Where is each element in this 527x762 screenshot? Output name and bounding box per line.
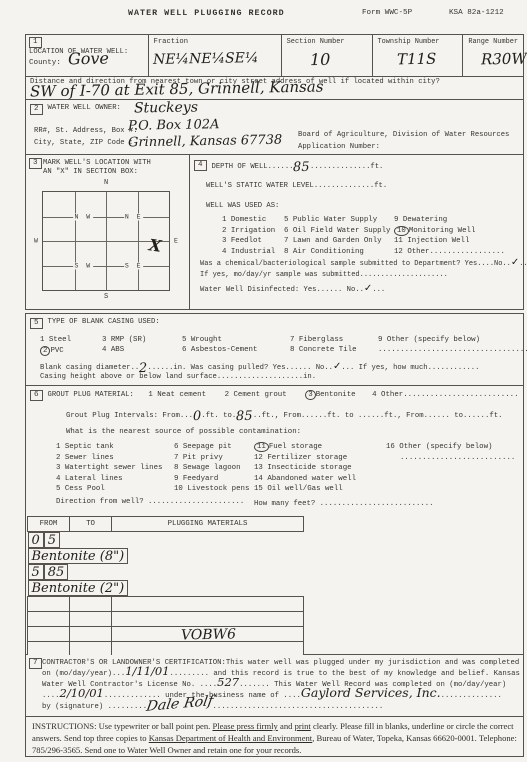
table-row: [28, 597, 304, 612]
sample-question: Was a chemical/bacteriological sample su…: [200, 260, 511, 268]
township-cell: Township Number T11S: [373, 35, 464, 76]
section-number-cell: Section Number 10: [282, 35, 373, 76]
vobw-note: VOBW6: [181, 627, 236, 644]
distance-row: Distance and direction from nearest town…: [25, 77, 524, 100]
grout-option: 2 Cement grout: [225, 391, 287, 399]
fraction-label: Fraction: [154, 38, 189, 46]
grout-option-bentonite-circled: 3Bentonite: [305, 391, 355, 399]
compass-south-label: S: [104, 293, 108, 301]
col-header-from: FROM: [28, 517, 70, 532]
direction-from-well-label: Direction from well? ...................…: [56, 498, 244, 506]
fraction-cell: Fraction NE¼NE¼SE¼: [149, 35, 282, 76]
casing-option: 7 Fiberglass: [290, 336, 378, 344]
contamination-item-fuel-storage-circled: 11Fuel storage: [254, 442, 356, 453]
section4-depth-uses: 4DEPTH OF WELL......85..............ft. …: [190, 155, 524, 310]
section4-number: 4: [194, 160, 207, 171]
compass-west-label: W: [33, 238, 39, 245]
casing-diameter-label: Blank casing diameter..: [40, 364, 139, 372]
compass-ne-label: N E: [124, 213, 144, 220]
certification-paragraph: CONTRACTOR'S OR LANDOWNER'S CERTIFICATIO…: [42, 658, 520, 713]
plugging-table-header-row: FROM TO PLUGGING MATERIALS: [28, 517, 304, 532]
well-location-x-mark: X: [148, 235, 163, 256]
county-label: County:: [29, 59, 61, 67]
contamination-item: 12 Fertilizer storage: [254, 453, 356, 464]
range-value: R30W: [481, 50, 527, 69]
casing-option: 4 ABS: [102, 346, 182, 356]
contamination-item: 3 Watertight sewer lines: [56, 463, 162, 474]
depth-suffix: ..............ft.: [310, 163, 383, 171]
uses-column-3: 9 Dewatering 10Monitoring Well 11 Inject…: [394, 215, 505, 257]
compass-east-label: E: [173, 238, 179, 245]
address-value: P.O. Box 102A: [128, 117, 220, 134]
contamination-item: 8 Sewage lagoon: [174, 463, 249, 474]
use-item: 8 Air Conditioning: [284, 247, 390, 258]
depth-value: 85: [293, 160, 310, 175]
county-value: Gove: [68, 49, 109, 69]
casing-options: 1 Steel 3 RMP (SR) 5 Wrought 7 Fiberglas…: [40, 336, 527, 356]
section2-number: 2: [30, 104, 43, 115]
contamination-item: 10 Livestock pens: [174, 484, 249, 495]
disinfected-question: Water Well Disinfected: Yes...... No..: [200, 286, 364, 294]
section3-title-line2: AN "X" IN SECTION BOX:: [43, 168, 138, 176]
section3-number: 3: [29, 158, 42, 169]
form-title: WATER WELL PLUGGING RECORD: [128, 8, 285, 18]
contamination-item: 2 Sewer lines: [56, 453, 162, 464]
form-number: Form WWC-5P: [362, 9, 412, 17]
section-number-label: Section Number: [287, 38, 345, 46]
section3-title-line1: MARK WELL'S LOCATION WITH: [43, 159, 151, 167]
owner-label: WATER WELL OWNER:: [48, 104, 121, 112]
casing-option-pvc-circled: 2PVC: [40, 346, 102, 356]
address-label: RR#, St. Address, Box #:: [34, 127, 138, 135]
use-item: 2 Irrigation: [222, 226, 275, 237]
uses-column-1: 1 Domestic 2 Irrigation 3 Feedlot 4 Indu…: [222, 215, 275, 257]
compass-sw-label: S W: [73, 262, 93, 269]
table-row: [28, 612, 304, 627]
table-row: 5 85 Bentonite (2"): [28, 564, 304, 597]
casing-option: 6 Asbestos-Cement: [182, 346, 290, 356]
contamination-item: 16 Other (specify below): [386, 442, 515, 453]
section7-certification: 7 CONTRACTOR'S OR LANDOWNER'S CERTIFICAT…: [25, 655, 524, 717]
interval-to-value: 85: [236, 409, 253, 424]
interval-from-value: 0: [193, 409, 202, 424]
casing-option: 1 Steel: [40, 336, 102, 344]
casing-other-dots: ........................................…: [378, 346, 527, 356]
contamination-item: 15 Oil well/Gas well: [254, 484, 356, 495]
col-header-materials: PLUGGING MATERIALS: [112, 517, 304, 532]
use-item: 9 Dewatering: [394, 215, 505, 226]
business-name-value: Gaylord Services, Inc.: [301, 685, 441, 700]
application-number-label: Application Number:: [298, 143, 380, 151]
township-label: Township Number: [378, 38, 440, 46]
table-row: [28, 627, 304, 642]
use-item: 7 Lawn and Garden Only: [284, 236, 390, 247]
township-value: T11S: [396, 50, 436, 69]
owner-value: Stuckeys: [134, 99, 198, 116]
use-item: 11 Injection Well: [394, 236, 505, 247]
uses-column-2: 5 Public Water Supply 6 Oil Field Water …: [284, 215, 390, 257]
use-item: 1 Domestic: [222, 215, 275, 226]
plugged-date-value: 1/11/01: [125, 664, 169, 678]
city-value: Grinnell, Kansas 67738: [128, 133, 282, 151]
contamination-column-2: 6 Seepage pit 7 Pit privy 8 Sewage lagoo…: [174, 442, 249, 495]
scanned-form-page: WATER WELL PLUGGING RECORD Form WWC-5P K…: [0, 0, 527, 762]
casing-height-line: Casing height above or below land surfac…: [40, 373, 316, 381]
contamination-item: 14 Abandoned water well: [254, 474, 356, 485]
depth-label: DEPTH OF WELL......: [212, 163, 294, 171]
section2-owner: 2WATER WELL OWNER: Stuckeys RR#, St. Add…: [25, 100, 524, 155]
underlined-kdhe: Kansas Department of Health and Environm…: [149, 733, 312, 743]
distance-value: SW of I-70 at Exit 85, Grinnell, Kansas: [30, 77, 324, 100]
well-used-as-label: WELL WAS USED AS:: [206, 202, 279, 210]
county-cell: 1LOCATION OF WATER WELL: County: Gove: [26, 35, 149, 76]
circled-3: 3: [305, 390, 315, 400]
section-number-value: 10: [310, 50, 331, 69]
use-item: 12 Other.................: [394, 247, 505, 258]
casing-option: 9 Other (specify below): [378, 336, 527, 344]
casing-option: 8 Concrete Tile: [290, 346, 378, 356]
use-item: 5 Public Water Supply: [284, 215, 390, 226]
circled-2: 2: [40, 346, 50, 356]
contamination-item: 13 Insecticide storage: [254, 463, 356, 474]
sample-date-line: If yes, mo/day/yr sample was submitted..…: [200, 271, 448, 279]
section1-location: 1LOCATION OF WATER WELL: County: Gove Fr…: [25, 34, 524, 77]
license-number-value: 527: [217, 675, 239, 689]
static-water-level-label: WELL'S STATIC WATER LEVEL..............f…: [206, 182, 387, 190]
contamination-column-4: 16 Other (specify below) ...............…: [386, 442, 515, 463]
use-item: 4 Industrial: [222, 247, 275, 258]
signature-value: Dale Rolf: [147, 701, 214, 707]
underlined-press-firmly: Please press firmly: [212, 721, 277, 731]
section7-number: 7: [29, 658, 42, 669]
casing-pulled-question: ......in. Was casing pulled? Yes...... N…: [148, 364, 333, 372]
intervals-label: Grout Plug Intervals: From...: [66, 412, 193, 420]
grout-option: 4 Other..........................: [372, 391, 518, 399]
compass-nw-label: N W: [73, 213, 93, 220]
section6-title: GROUT PLUG MATERIAL:: [48, 391, 134, 399]
section1-number: 1: [29, 37, 42, 48]
compass-se-label: S E: [124, 262, 144, 269]
agency-label: Board of Agriculture, Division of Water …: [298, 131, 509, 139]
circled-10: 10: [394, 226, 409, 236]
how-many-feet-label: How many feet? .........................…: [254, 500, 434, 508]
section5-casing: 5TYPE OF BLANK CASING USED: 1 Steel 3 RM…: [25, 313, 524, 386]
contamination-item: 5 Cess Pool: [56, 484, 162, 495]
casing-option: 5 Wrought: [182, 336, 290, 344]
use-item: 3 Feedlot: [222, 236, 275, 247]
sample-no-checkmark: ✓: [511, 257, 519, 268]
record-completed-date-value: 2/10/01: [60, 686, 104, 700]
instructions-box: INSTRUCTIONS: Use typewriter or ball poi…: [25, 717, 524, 757]
signature-label: by (signature) .........: [42, 703, 147, 711]
contamination-item: 7 Pit privy: [174, 453, 249, 464]
section6-number: 6: [30, 390, 43, 401]
section3-map: 3 MARK WELL'S LOCATION WITH AN "X" IN SE…: [25, 155, 190, 310]
section5-title: TYPE OF BLANK CASING USED:: [48, 318, 160, 326]
range-cell: Range Number R30W: [463, 35, 523, 76]
circled-11: 11: [254, 442, 269, 452]
section6-grout: 6GROUT PLUG MATERIAL: 1 Neat cement 2 Ce…: [25, 386, 524, 655]
compass-north-label: N: [104, 179, 108, 187]
statute-number: KSA 82a-1212: [449, 9, 504, 17]
grout-option: 1 Neat cement: [148, 391, 206, 399]
use-item-monitoring-well-circled: 10Monitoring Well: [394, 226, 505, 237]
table-row: 0 5 Bentonite (8"): [28, 532, 304, 565]
section5-number: 5: [30, 318, 43, 329]
use-item: 6 Oil Field Water Supply: [284, 226, 390, 237]
col-header-to: TO: [70, 517, 112, 532]
city-label: City, State, ZIP Code :: [34, 139, 133, 147]
contamination-item: 9 Feedyard: [174, 474, 249, 485]
contamination-item: 1 Septic tank: [56, 442, 162, 453]
casing-option: 3 RMP (SR): [102, 336, 182, 344]
fraction-value: NE¼NE¼SE¼: [152, 50, 258, 68]
contamination-other-dots: ..........................: [386, 453, 515, 464]
contamination-column-1: 1 Septic tank 2 Sewer lines 3 Watertight…: [56, 442, 162, 495]
contamination-label: What is the nearest source of possible c…: [66, 428, 301, 436]
section-grid: N W N E S W S E W E X: [42, 191, 170, 291]
contamination-item: 6 Seepage pit: [174, 442, 249, 453]
instructions-paragraph: INSTRUCTIONS: Use typewriter or ball poi…: [26, 717, 523, 756]
range-label: Range Number: [468, 38, 518, 46]
contamination-item: 4 Lateral lines: [56, 474, 162, 485]
underlined-print: print: [295, 721, 311, 731]
contamination-column-3: 11Fuel storage 12 Fertilizer storage 13 …: [254, 442, 356, 495]
